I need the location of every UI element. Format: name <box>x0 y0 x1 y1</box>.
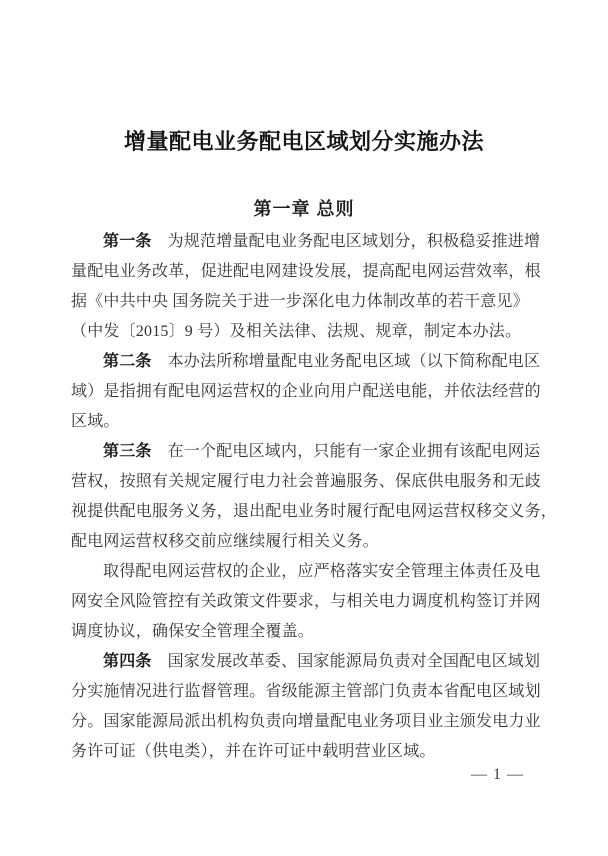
document-body: 第一条为规范增量配电业务配电区域划分，积极稳妥推进增 量配电业务改革，促进配电网… <box>71 227 539 767</box>
article-4-line: 务许可证（供电类），并在许可证中载明营业区域。 <box>71 737 539 767</box>
article-3-label: 第三条 <box>103 443 152 460</box>
article-4-label: 第四条 <box>103 653 152 670</box>
article-3-line: 第三条在一个配电区域内，只能有一家企业拥有该配电网运 <box>71 437 539 467</box>
article-1-line: 第一条为规范增量配电业务配电区域划分，积极稳妥推进增 <box>71 227 539 257</box>
chapter-heading: 第一章 总则 <box>0 198 608 220</box>
continuation-line: 网安全风险管控有关政策文件要求，与相关电力调度机构签订并网 <box>71 587 539 617</box>
article-1-line: 据《中共中央 国务院关于进一步深化电力体制改革的若干意见》 <box>71 287 539 317</box>
article-2-line: 域）是指拥有配电网运营权的企业向用户配送电能，并依法经营的 <box>71 377 539 407</box>
continuation-line: 取得配电网运营权的企业，应严格落实安全管理主体责任及电 <box>71 557 539 587</box>
article-4-text: 国家发展改革委、国家能源局负责对全国配电区域划 <box>168 653 541 670</box>
continuation-line: 调度协议，确保安全管理全覆盖。 <box>71 617 539 647</box>
article-3-line: 营权，按照有关规定履行电力社会普遍服务、保底供电服务和无歧 <box>71 467 539 497</box>
article-1-line: （中发〔2015〕9 号）及相关法律、法规、规章，制定本办法。 <box>71 317 539 347</box>
article-1-text: 为规范增量配电业务配电区域划分，积极稳妥推进增 <box>168 233 541 250</box>
article-3-text: 在一个配电区域内，只能有一家企业拥有该配电网运 <box>168 443 541 460</box>
article-4-line: 分。国家能源局派出机构负责向增量配电业务项目业主颁发电力业 <box>71 707 539 737</box>
article-4-line: 第四条国家发展改革委、国家能源局负责对全国配电区域划 <box>71 647 539 677</box>
article-2-line: 区域。 <box>71 407 539 437</box>
article-2-line: 第二条本办法所称增量配电业务配电区域（以下简称配电区 <box>71 347 539 377</box>
article-1-label: 第一条 <box>103 233 152 250</box>
document-page: 增量配电业务配电区域划分实施办法 第一章 总则 第一条为规范增量配电业务配电区域… <box>0 0 608 856</box>
article-4-line: 分实施情况进行监督管理。省级能源主管部门负责本省配电区域划 <box>71 677 539 707</box>
article-1-line: 量配电业务改革，促进配电网建设发展，提高配电网运营效率，根 <box>71 257 539 287</box>
article-2-label: 第二条 <box>103 353 152 370</box>
article-3-line: 视提供配电服务义务，退出配电业务时履行配电网运营权移交义务， <box>71 497 539 527</box>
document-title: 增量配电业务配电区域划分实施办法 <box>0 126 608 158</box>
article-2-text: 本办法所称增量配电业务配电区域（以下简称配电区 <box>168 353 541 370</box>
article-3-line: 配电网运营权移交前应继续履行相关义务。 <box>71 527 539 557</box>
page-number: — 1 — <box>471 763 524 787</box>
